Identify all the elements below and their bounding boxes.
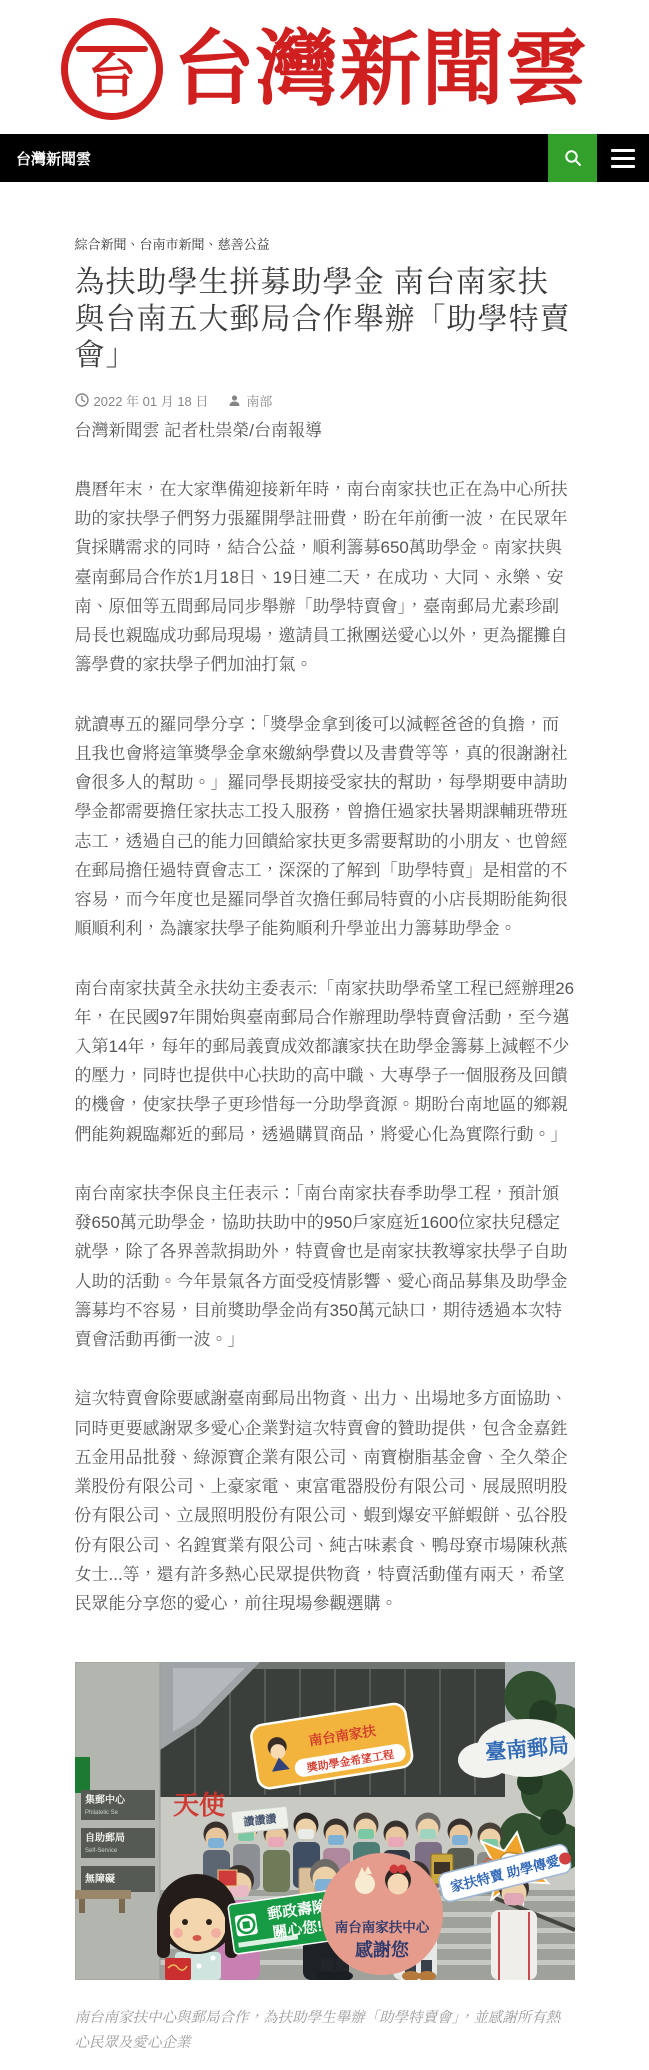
author-link[interactable]: 南部 [246, 391, 272, 410]
thanks-line1: 南台南家扶中心 [334, 1919, 429, 1935]
article-paragraph: 就讀專五的羅同學分享：「獎學金拿到後可以減輕爸爸的負擔，而且我也會將這筆獎學金拿… [75, 710, 575, 944]
site-header: 台 台灣新聞雲 台灣新聞雲 [0, 0, 649, 182]
logo-seal-char: 台 [88, 52, 136, 100]
category-separator: 、 [127, 237, 140, 252]
logo-seal-icon: 台 [61, 18, 163, 120]
article-paragraph: 農曆年末，在大家準備迎接新年時，南台南家扶也正在為中心所扶助的家扶學子們努力張羅… [75, 475, 575, 680]
category-link-3[interactable]: 慈善公益 [218, 237, 270, 252]
pillar-sign-3: 無障礙 [85, 1872, 116, 1885]
logo-text: 台灣新聞雲 [173, 28, 588, 110]
article-figure: 集郵中心 Philatelic Se 自助郵局 Self-Service 無障礙… [75, 1662, 575, 2069]
article-body: 台灣新聞雲 記者杜祟榮/台南報導 農曆年末，在大家準備迎接新年時，南台南家扶也正… [75, 416, 575, 1618]
pillar-sign-1: 集郵中心 [85, 1793, 126, 1806]
category-separator: 、 [205, 237, 218, 252]
site-logo: 台 台灣新聞雲 [0, 0, 649, 134]
article-photo: 集郵中心 Philatelic Se 自助郵局 Self-Service 無障礙… [75, 1662, 575, 1980]
article-paragraph: 這次特賣會除要感謝臺南郵局出物資、出力、出場地多方面協助、同時更要感謝眾多愛心企… [75, 1384, 575, 1618]
thanks-circle-sign: 南台南家扶中心 感謝您 [321, 1853, 443, 1975]
pillar-sign-2-en: Self-Service [85, 1848, 118, 1854]
pillar-sign-2: 自助郵局 [85, 1831, 125, 1844]
article-meta: 2022 年 01 月 18 日 南部 [75, 391, 575, 410]
red-banner-text: 天使 [173, 1790, 225, 1820]
breadcrumb: 綜合新聞、台南市新聞、慈善公益 [75, 234, 575, 253]
hamburger-icon [611, 149, 635, 152]
person-icon [228, 394, 241, 407]
article-container: 綜合新聞、台南市新聞、慈善公益 為扶助學生拼募助學金 南台南家扶與台南五大郵局合… [75, 234, 575, 2070]
photo-caption: 南台南家扶中心與郵局合作，為扶助學生舉辦「助學特賣會」，並感謝所有熱心民眾及愛心… [75, 2006, 575, 2069]
author: 南部 [228, 391, 272, 410]
clock-icon [75, 393, 89, 407]
article-byline: 台灣新聞雲 記者杜祟榮/台南報導 [75, 416, 575, 445]
article-paragraph: 南台南家扶黃全永扶幼主委表示:「南家扶助學希望工程已經辦理26年，在民國97年開… [75, 974, 575, 1149]
search-button[interactable] [548, 134, 597, 182]
article-paragraph: 南台南家扶李保良主任表示：「南台南家扶春季助學工程，預計頒發650萬元助學金，協… [75, 1179, 575, 1354]
publish-date: 2022 年 01 月 18 日 [75, 391, 209, 410]
navbar-site-title[interactable]: 台灣新聞雲 [0, 134, 548, 182]
publish-date-text: 2022 年 01 月 18 日 [94, 391, 209, 410]
pillar-sign-1-en: Philatelic Se [85, 1810, 119, 1816]
category-link-2[interactable]: 台南市新聞 [140, 237, 205, 252]
search-icon [564, 149, 582, 167]
navbar: 台灣新聞雲 [0, 134, 649, 182]
thanks-line2: 感謝您 [355, 1939, 410, 1960]
menu-button[interactable] [597, 134, 649, 182]
page-title: 為扶助學生拼募助學金 南台南家扶與台南五大郵局合作舉辦「助學特賣會」 [75, 265, 575, 375]
category-link-1[interactable]: 綜合新聞 [75, 237, 127, 252]
